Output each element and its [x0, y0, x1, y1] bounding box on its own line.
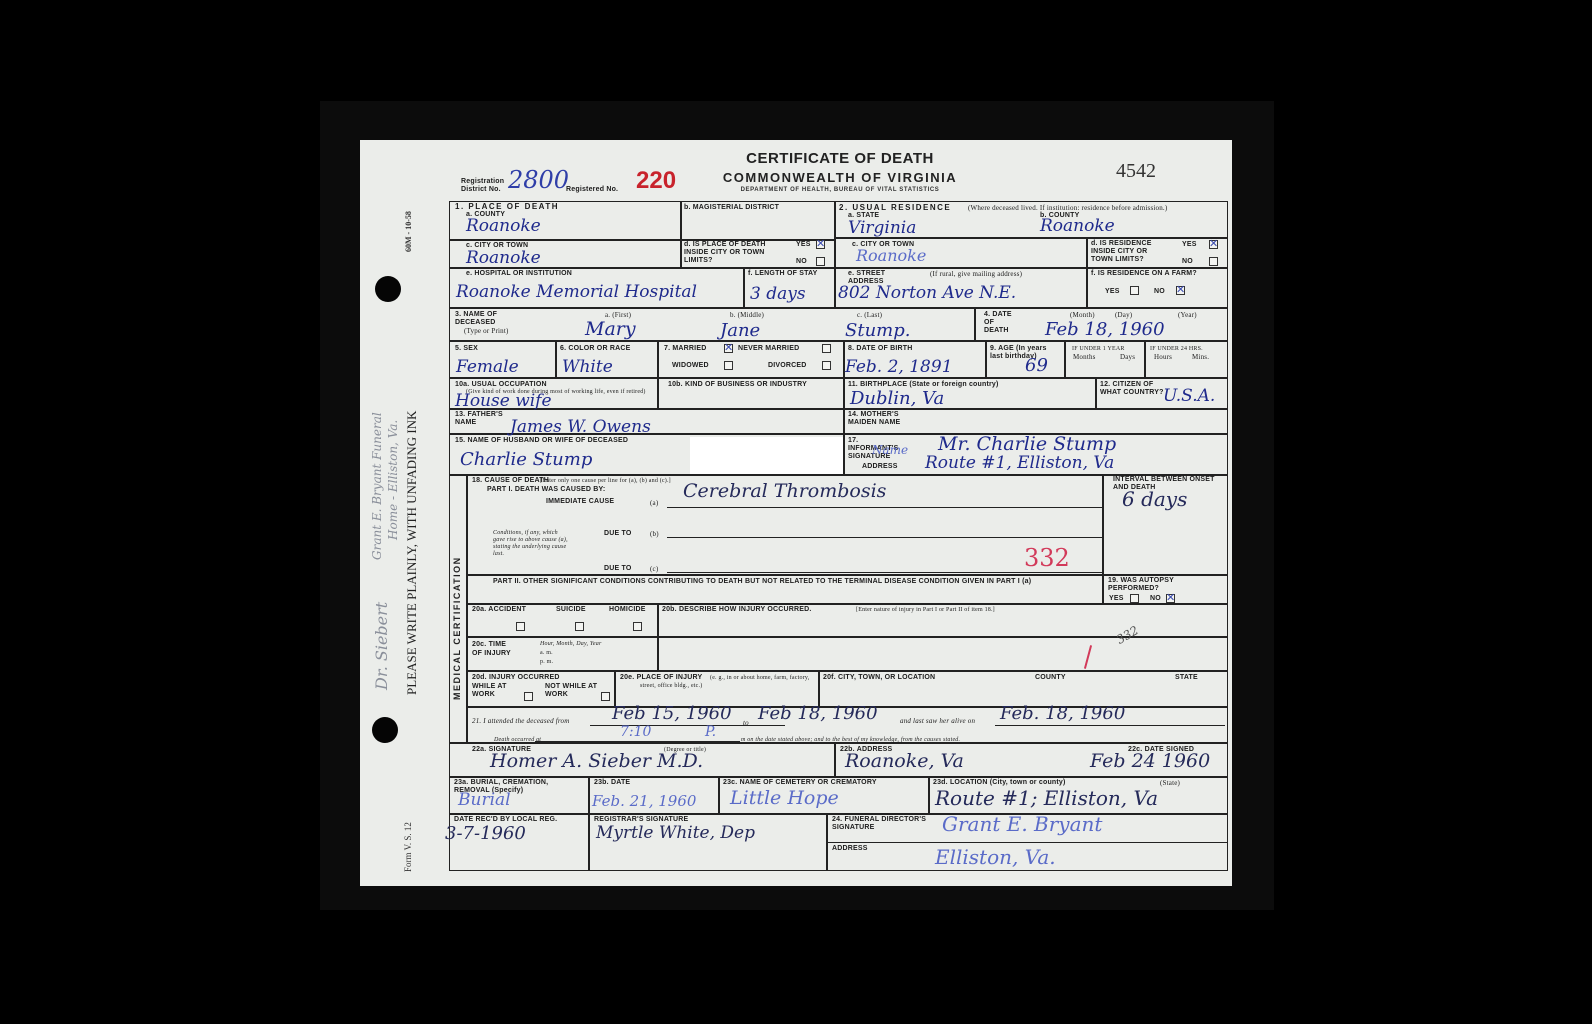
attended-to: Feb 18, 1960 [758, 703, 878, 724]
certificate-title: CERTIFICATE OF DEATH [700, 150, 980, 167]
form-code: 60M - 10-58 [404, 211, 413, 252]
form-name: Form V. S. 12 [403, 822, 413, 872]
under-year-label: IF UNDER 1 YEAR [1072, 345, 1125, 353]
cause-note: [Enter only one cause per line for (a), … [540, 477, 671, 485]
autopsy-label: 19. WAS AUTOPSY PERFORMED? [1108, 577, 1198, 593]
burial-location: Route #1; Elliston, Va [935, 786, 1158, 810]
place-of-death-label: 1. PLACE OF DEATH [455, 203, 559, 211]
street-address: 802 Norton Ave N.E. [838, 283, 1016, 303]
stay-label: f. LENGTH OF STAY [748, 270, 818, 278]
last-saw-label: and last saw her alive on [900, 717, 975, 725]
divorced-checkbox[interactable] [822, 361, 831, 370]
ink-instruction: PLEASE WRITE PLAINLY, WITH UNFADING INK [404, 411, 420, 695]
year-label: (Year) [1178, 311, 1197, 319]
last-name-label: c. (Last) [857, 311, 882, 319]
injury-state-label: STATE [1175, 674, 1198, 682]
married-checkbox[interactable] [724, 344, 733, 353]
month-label: (Month) [1070, 311, 1095, 319]
hospital-label: e. HOSPITAL OR INSTITUTION [466, 270, 572, 278]
registration-district-no: 2800 [508, 166, 569, 194]
date-of-death-label: 4. DATE OF DEATH [984, 311, 1019, 335]
attended-from: Feb 15, 1960 [612, 703, 732, 724]
funeral-director-address-label: ADDRESS [832, 845, 868, 853]
father-label: 13. FATHER'S NAME [455, 411, 505, 427]
certificate-number: 4542 [1116, 160, 1156, 183]
farm-label: f. IS RESIDENCE ON A FARM? [1091, 270, 1197, 278]
name-label: 3. NAME OF DECEASED [455, 311, 505, 327]
informant-address-label: ADDRESS [862, 463, 898, 471]
sex-label: 5. SEX [455, 345, 478, 353]
registered-no: 220 [636, 167, 676, 195]
spouse-name: Charlie Stump [460, 449, 592, 470]
under-day-label: IF UNDER 24 HRS. [1150, 345, 1203, 353]
date-of-death: Feb 18, 1960 [1045, 319, 1165, 340]
margin-note-funeral-2: Home - Elliston, Va. [386, 420, 400, 540]
injury-describe-label: 20b. DESCRIBE HOW INJURY OCCURRED. [662, 606, 812, 614]
never-married-label: NEVER MARRIED [738, 345, 799, 353]
citizen: U.S.A. [1163, 386, 1215, 406]
city-location-label: 20f. CITY, TOWN, OR LOCATION [823, 674, 935, 682]
cause-code-stamp: 332 [1024, 544, 1070, 572]
occupation-label: 10a. USUAL OCCUPATION [455, 381, 547, 389]
never-married-checkbox[interactable] [822, 344, 831, 353]
attended-label: 21. I attended the deceased from [472, 717, 570, 725]
date-received: 3-7-1960 [445, 823, 526, 844]
yes-label: YES [796, 241, 811, 249]
residence-county: Roanoke [1040, 216, 1115, 236]
accident-label: 20a. ACCIDENT [472, 606, 526, 614]
am-label: a. m. [540, 649, 553, 657]
death-county: Roanoke [466, 216, 541, 236]
burial-date: Feb. 21, 1960 [592, 792, 696, 810]
registered-no-label: Registered No. [566, 186, 618, 194]
injury-county-label: COUNTY [1035, 674, 1066, 682]
business-label: 10b. KIND OF BUSINESS OR INDUSTRY [668, 381, 807, 389]
residence-city: Roanoke [856, 246, 926, 265]
a-marker: (a) [650, 499, 658, 507]
death-occurred-label: Death occurred at [494, 736, 541, 744]
part2-label: PART II. OTHER SIGNIFICANT CONDITIONS CO… [493, 577, 1093, 586]
divorced-label: DIVORCED [768, 362, 807, 370]
residence-inside-limits-label: d. IS RESIDENCE INSIDE CITY OR TOWN LIMI… [1091, 240, 1171, 264]
injury-occurred-label: 20d. INJURY OCCURRED [472, 674, 560, 682]
time-of-injury-note: Hour, Month, Day, Year [540, 640, 602, 648]
while-at-work-checkbox[interactable] [524, 692, 533, 701]
residence-inside-yes-checkbox[interactable] [1209, 240, 1218, 249]
conditions-note: Conditions, if any, which gave rise to a… [493, 530, 571, 558]
days-label: Days [1120, 353, 1135, 361]
suicide-checkbox[interactable] [575, 622, 584, 631]
usual-residence-note: (Where deceased lived. If institution: r… [968, 204, 1167, 212]
registrar-signature: Myrtle White, Dep [596, 823, 755, 843]
street-note: (If rural, give mailing address) [930, 270, 1022, 278]
informant-signature: Mr. Charlie Stump [938, 433, 1116, 455]
place-of-injury-note: (e. g., in or about home, farm, factory,… [640, 674, 815, 690]
time-of-injury-label: 20c. TIME OF INJURY [472, 640, 512, 658]
middle-name: Jane [720, 320, 760, 341]
residence-state: Virginia [848, 218, 916, 238]
last-saw-date: Feb. 18, 1960 [1000, 703, 1125, 724]
informant-prefix: Name [872, 443, 908, 457]
interval: 6 days [1122, 487, 1187, 511]
farm-yes-checkbox[interactable] [1130, 286, 1139, 295]
widowed-checkbox[interactable] [724, 361, 733, 370]
hours-label: Hours [1154, 353, 1172, 361]
registration-district-label: Registration District No. [461, 178, 511, 194]
cause-of-death-label: 18. CAUSE OF DEATH [472, 477, 549, 485]
sex: Female [456, 357, 519, 377]
accident-checkbox[interactable] [516, 622, 525, 631]
funeral-director-address: Elliston, Va. [935, 845, 1056, 869]
death-statement: m on the date stated above; and to the b… [741, 736, 960, 744]
date-of-birth: Feb. 2, 1891 [845, 357, 953, 377]
death-city: Roanoke [466, 248, 541, 268]
burial-state-label: (State) [1160, 779, 1180, 787]
yes-label: YES [1109, 595, 1124, 603]
burial-date-label: 23b. DATE [594, 779, 630, 787]
name-note: (Type or Print) [464, 327, 509, 335]
inside-limits-no-checkbox[interactable] [816, 257, 825, 266]
inside-limits-yes-checkbox[interactable] [816, 240, 825, 249]
injury-describe-note: [Enter nature of injury in Part I or Par… [856, 606, 995, 614]
married-label: 7. MARRIED [664, 345, 706, 353]
medical-certification-label: MEDICAL CERTIFICATION [452, 556, 462, 700]
occupation: House wife [455, 391, 552, 411]
due-to-b-label: DUE TO [604, 530, 632, 538]
widowed-label: WIDOWED [672, 362, 709, 370]
jurisdiction: COMMONWEALTH OF VIRGINIA [690, 170, 990, 185]
death-time: 7:10 [620, 724, 651, 740]
magisterial-district-label: b. MAGISTERIAL DISTRICT [684, 204, 779, 212]
middle-name-label: b. (Middle) [730, 311, 764, 319]
yes-label: YES [1182, 241, 1197, 249]
not-while-at-work-label: NOT WHILE AT WORK [545, 683, 600, 699]
department: DEPARTMENT OF HEALTH, BUREAU OF VITAL ST… [690, 187, 990, 193]
margin-note-funeral-1: Grant E. Bryant Funeral [370, 412, 384, 560]
to-label: to [743, 719, 749, 727]
punch-hole-bottom [372, 717, 398, 743]
homicide-checkbox[interactable] [633, 622, 642, 631]
physician-signature: Homer A. Sieber M.D. [490, 750, 703, 772]
no-label: NO [796, 258, 807, 266]
mother-label: 14. MOTHER'S MAIDEN NAME [848, 411, 918, 427]
race: White [562, 357, 613, 377]
dob-label: 8. DATE OF BIRTH [848, 345, 913, 353]
father-name: James W. Owens [510, 417, 651, 437]
last-name: Stump. [845, 320, 910, 341]
hospital: Roanoke Memorial Hospital [456, 282, 697, 302]
autopsy-no-checkbox[interactable] [1166, 594, 1175, 603]
suicide-label: SUICIDE [556, 606, 586, 614]
redacted-field [690, 437, 843, 474]
physician-address: Roanoke, Va [845, 750, 964, 772]
mins-label: Mins. [1192, 353, 1209, 361]
death-ampm: P. [705, 724, 716, 740]
autopsy-yes-checkbox[interactable] [1130, 594, 1139, 603]
race-label: 6. COLOR OR RACE [560, 345, 630, 353]
day-label: (Day) [1115, 311, 1132, 319]
yes-label: YES [1105, 288, 1120, 296]
margin-note-doctor: Dr. Siebert [372, 602, 391, 690]
birthplace: Dublin, Va [850, 388, 944, 409]
c-marker: (c) [650, 565, 658, 573]
residence-inside-no-checkbox[interactable] [1209, 257, 1218, 266]
first-name: Mary [585, 318, 636, 340]
age: 69 [1025, 355, 1048, 376]
immediate-cause-label: IMMEDIATE CAUSE [546, 498, 614, 506]
length-of-stay: 3 days [750, 284, 806, 304]
while-at-work-label: WHILE AT WORK [472, 683, 517, 699]
usual-residence-label: 2. USUAL RESIDENCE [839, 204, 951, 212]
informant-address: Route #1, Elliston, Va [925, 453, 1114, 473]
inside-limits-label: d. IS PLACE OF DEATH INSIDE CITY OR TOWN… [684, 241, 784, 265]
not-while-at-work-checkbox[interactable] [601, 692, 610, 701]
cemetery: Little Hope [730, 787, 839, 809]
cemetery-label: 23c. NAME OF CEMETERY OR CREMATORY [723, 779, 877, 787]
months-label: Months [1073, 353, 1096, 361]
citizen-label: 12. CITIZEN OF WHAT COUNTRY? [1100, 381, 1170, 397]
spouse-label: 15. NAME OF HUSBAND OR WIFE OF DECEASED [455, 437, 628, 445]
farm-no-checkbox[interactable] [1176, 286, 1185, 295]
due-to-c-label: DUE TO [604, 565, 632, 573]
no-label: NO [1154, 288, 1165, 296]
burial-method: Burial [458, 790, 511, 810]
part1-label: PART I. DEATH WAS CAUSED BY: [487, 486, 605, 494]
homicide-label: HOMICIDE [609, 606, 646, 614]
funeral-director-signature: Grant E. Bryant [942, 812, 1102, 836]
pm-label: p. m. [540, 658, 553, 666]
date-signed: Feb 24 1960 [1090, 750, 1210, 772]
no-label: NO [1150, 595, 1161, 603]
b-marker: (b) [650, 530, 659, 538]
immediate-cause: Cerebral Thrombosis [683, 480, 886, 502]
punch-hole-top [375, 276, 401, 302]
funeral-director-label: 24. FUNERAL DIRECTOR'S SIGNATURE [832, 816, 932, 832]
no-label: NO [1182, 258, 1193, 266]
